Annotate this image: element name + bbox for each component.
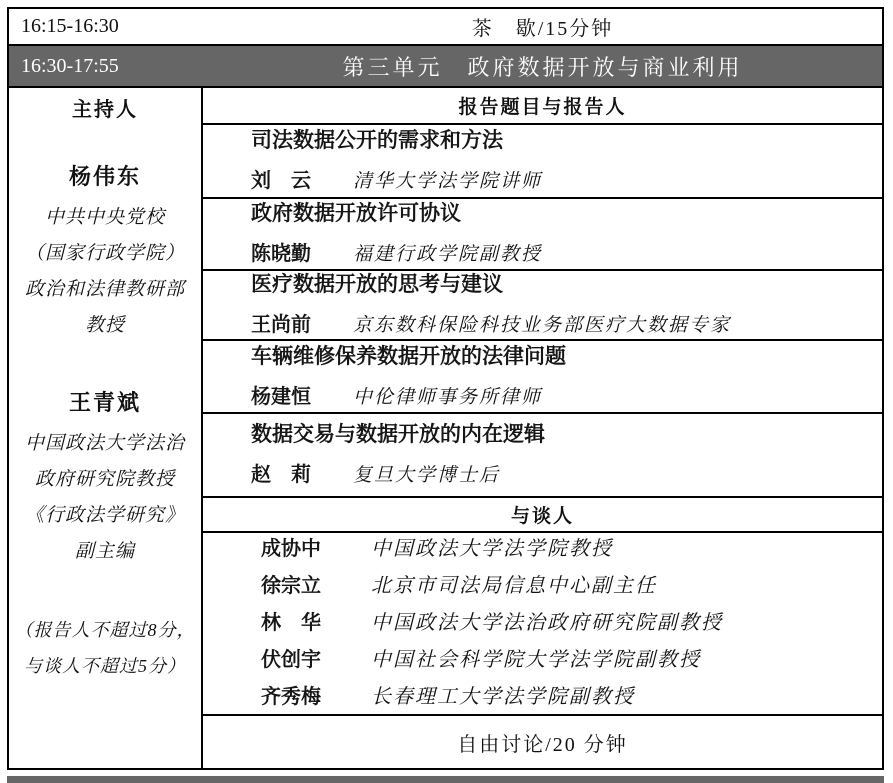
talk-row: 车辆维修保养数据开放的法律问题 杨建恒中伦律师事务所律师: [203, 341, 882, 414]
discussant-line: 徐宗立北京市司法局信息中心副主任: [261, 574, 882, 600]
discussant-affiliation: 北京市司法局信息中心副主任: [371, 575, 657, 597]
talk-speaker-line: 王尚前京东数科保险科技业务部医疗大数据专家: [251, 308, 882, 337]
talk-title: 政府数据开放许可协议: [251, 202, 882, 226]
time-limit-note-line: 与谈人不超过5分）: [9, 648, 201, 684]
talks-column: 报告题目与报告人 司法数据公开的需求和方法 刘 云清华大学法学院讲师 政府数据开…: [203, 88, 882, 768]
talk-speaker-line: 杨建恒中伦律师事务所律师: [251, 380, 882, 409]
discussant-line: 伏创宇中国社会科学院大学法学院副教授: [261, 648, 882, 674]
discussant-affiliation: 中国政法大学法学院教授: [371, 538, 613, 560]
session-body: 主持人 杨伟东 中共中央党校 （国家行政学院） 政治和法律教研部 教授 王青斌 …: [9, 88, 882, 768]
talk-title: 司法数据公开的需求和方法: [251, 129, 882, 153]
talk-title: 数据交易与数据开放的内在逻辑: [251, 423, 882, 447]
tea-break-time: 16:15-16:30: [9, 15, 203, 38]
next-session-row-edge: [7, 776, 884, 783]
tea-break-row: 16:15-16:30 茶 歇/15分钟: [9, 9, 882, 46]
moderator-column: 主持人 杨伟东 中共中央党校 （国家行政学院） 政治和法律教研部 教授 王青斌 …: [9, 88, 203, 768]
speaker-affiliation: 中伦律师事务所律师: [353, 387, 542, 408]
speaker-affiliation: 京东数科保险科技业务部医疗大数据专家: [353, 315, 731, 336]
talk-title: 医疗数据开放的思考与建议: [251, 273, 882, 297]
moderator-affiliation-line: 中国政法大学法治: [9, 426, 201, 462]
discussant-line: 林 华中国政法大学法治政府研究院副教授: [261, 611, 882, 637]
speaker-name: 赵 莉: [251, 458, 353, 487]
discussant-line: 成协中中国政法大学法学院教授: [261, 537, 882, 563]
discussant-affiliation: 中国政法大学法治政府研究院副教授: [371, 612, 723, 634]
discussant-name: 伏创宇: [261, 648, 371, 672]
talk-speaker-line: 赵 莉复旦大学博士后: [251, 458, 882, 487]
talk-speaker-line: 刘 云清华大学法学院讲师: [251, 164, 882, 193]
discussant-affiliation: 长春理工大学法学院副教授: [371, 686, 635, 708]
moderator-affiliation-line: 中共中央党校: [9, 200, 201, 236]
tea-break-label: 茶 歇/15分钟: [203, 12, 882, 41]
moderator-affiliation: 中国政法大学法治 政府研究院教授 《行政法学研究》 副主编: [9, 426, 201, 570]
discussant-name: 徐宗立: [261, 574, 371, 598]
free-discussion-row: 自由讨论/20 分钟: [203, 716, 882, 768]
session-time: 16:30-17:55: [9, 55, 203, 78]
discussants-header: 与谈人: [203, 498, 882, 533]
talk-speaker-line: 陈晓勤福建行政学院副教授: [251, 237, 882, 266]
speaker-name: 陈晓勤: [251, 237, 353, 266]
moderator-affiliation-line: （国家行政学院）: [9, 236, 201, 272]
session-header-row: 16:30-17:55 第三单元 政府数据开放与商业利用: [9, 46, 882, 88]
talk-row: 数据交易与数据开放的内在逻辑 赵 莉复旦大学博士后: [203, 414, 882, 498]
moderator-name: 杨伟东: [9, 164, 201, 190]
discussant-name: 齐秀梅: [261, 685, 371, 709]
moderator-affiliation-line: 《行政法学研究》: [9, 498, 201, 534]
talk-row: 司法数据公开的需求和方法 刘 云清华大学法学院讲师: [203, 125, 882, 199]
moderator-affiliation: 中共中央党校 （国家行政学院） 政治和法律教研部 教授: [9, 200, 201, 344]
time-limit-note-line: （报告人不超过8分，: [9, 612, 201, 648]
moderator-affiliation-line: 副主编: [9, 534, 201, 570]
speaker-affiliation: 福建行政学院副教授: [353, 244, 542, 265]
talk-row: 医疗数据开放的思考与建议 王尚前京东数科保险科技业务部医疗大数据专家: [203, 271, 882, 341]
speaker-affiliation: 复旦大学博士后: [353, 465, 500, 486]
time-limit-note: （报告人不超过8分， 与谈人不超过5分）: [9, 612, 201, 684]
talk-title: 车辆维修保养数据开放的法律问题: [251, 345, 882, 369]
talks-column-header: 报告题目与报告人: [203, 88, 882, 125]
moderator-name: 王青斌: [9, 390, 201, 416]
discussant-name: 成协中: [261, 537, 371, 561]
discussant-affiliation: 中国社会科学院大学法学院副教授: [371, 649, 701, 671]
schedule-table: 16:15-16:30 茶 歇/15分钟 16:30-17:55 第三单元 政府…: [7, 7, 884, 770]
speaker-name: 杨建恒: [251, 380, 353, 409]
speaker-affiliation: 清华大学法学院讲师: [353, 171, 542, 192]
discussant-line: 齐秀梅长春理工大学法学院副教授: [261, 685, 882, 711]
moderator-affiliation-line: 教授: [9, 308, 201, 344]
session-title: 第三单元 政府数据开放与商业利用: [203, 51, 882, 82]
speaker-name: 刘 云: [251, 164, 353, 193]
moderator-affiliation-line: 政府研究院教授: [9, 462, 201, 498]
moderator-affiliation-line: 政治和法律教研部: [9, 272, 201, 308]
discussants-list: 成协中中国政法大学法学院教授 徐宗立北京市司法局信息中心副主任 林 华中国政法大…: [203, 533, 882, 716]
discussant-name: 林 华: [261, 611, 371, 635]
conference-schedule-page: 16:15-16:30 茶 歇/15分钟 16:30-17:55 第三单元 政府…: [0, 0, 893, 783]
speaker-name: 王尚前: [251, 308, 353, 337]
moderator-column-header: 主持人: [9, 98, 201, 122]
talk-row: 政府数据开放许可协议 陈晓勤福建行政学院副教授: [203, 199, 882, 271]
